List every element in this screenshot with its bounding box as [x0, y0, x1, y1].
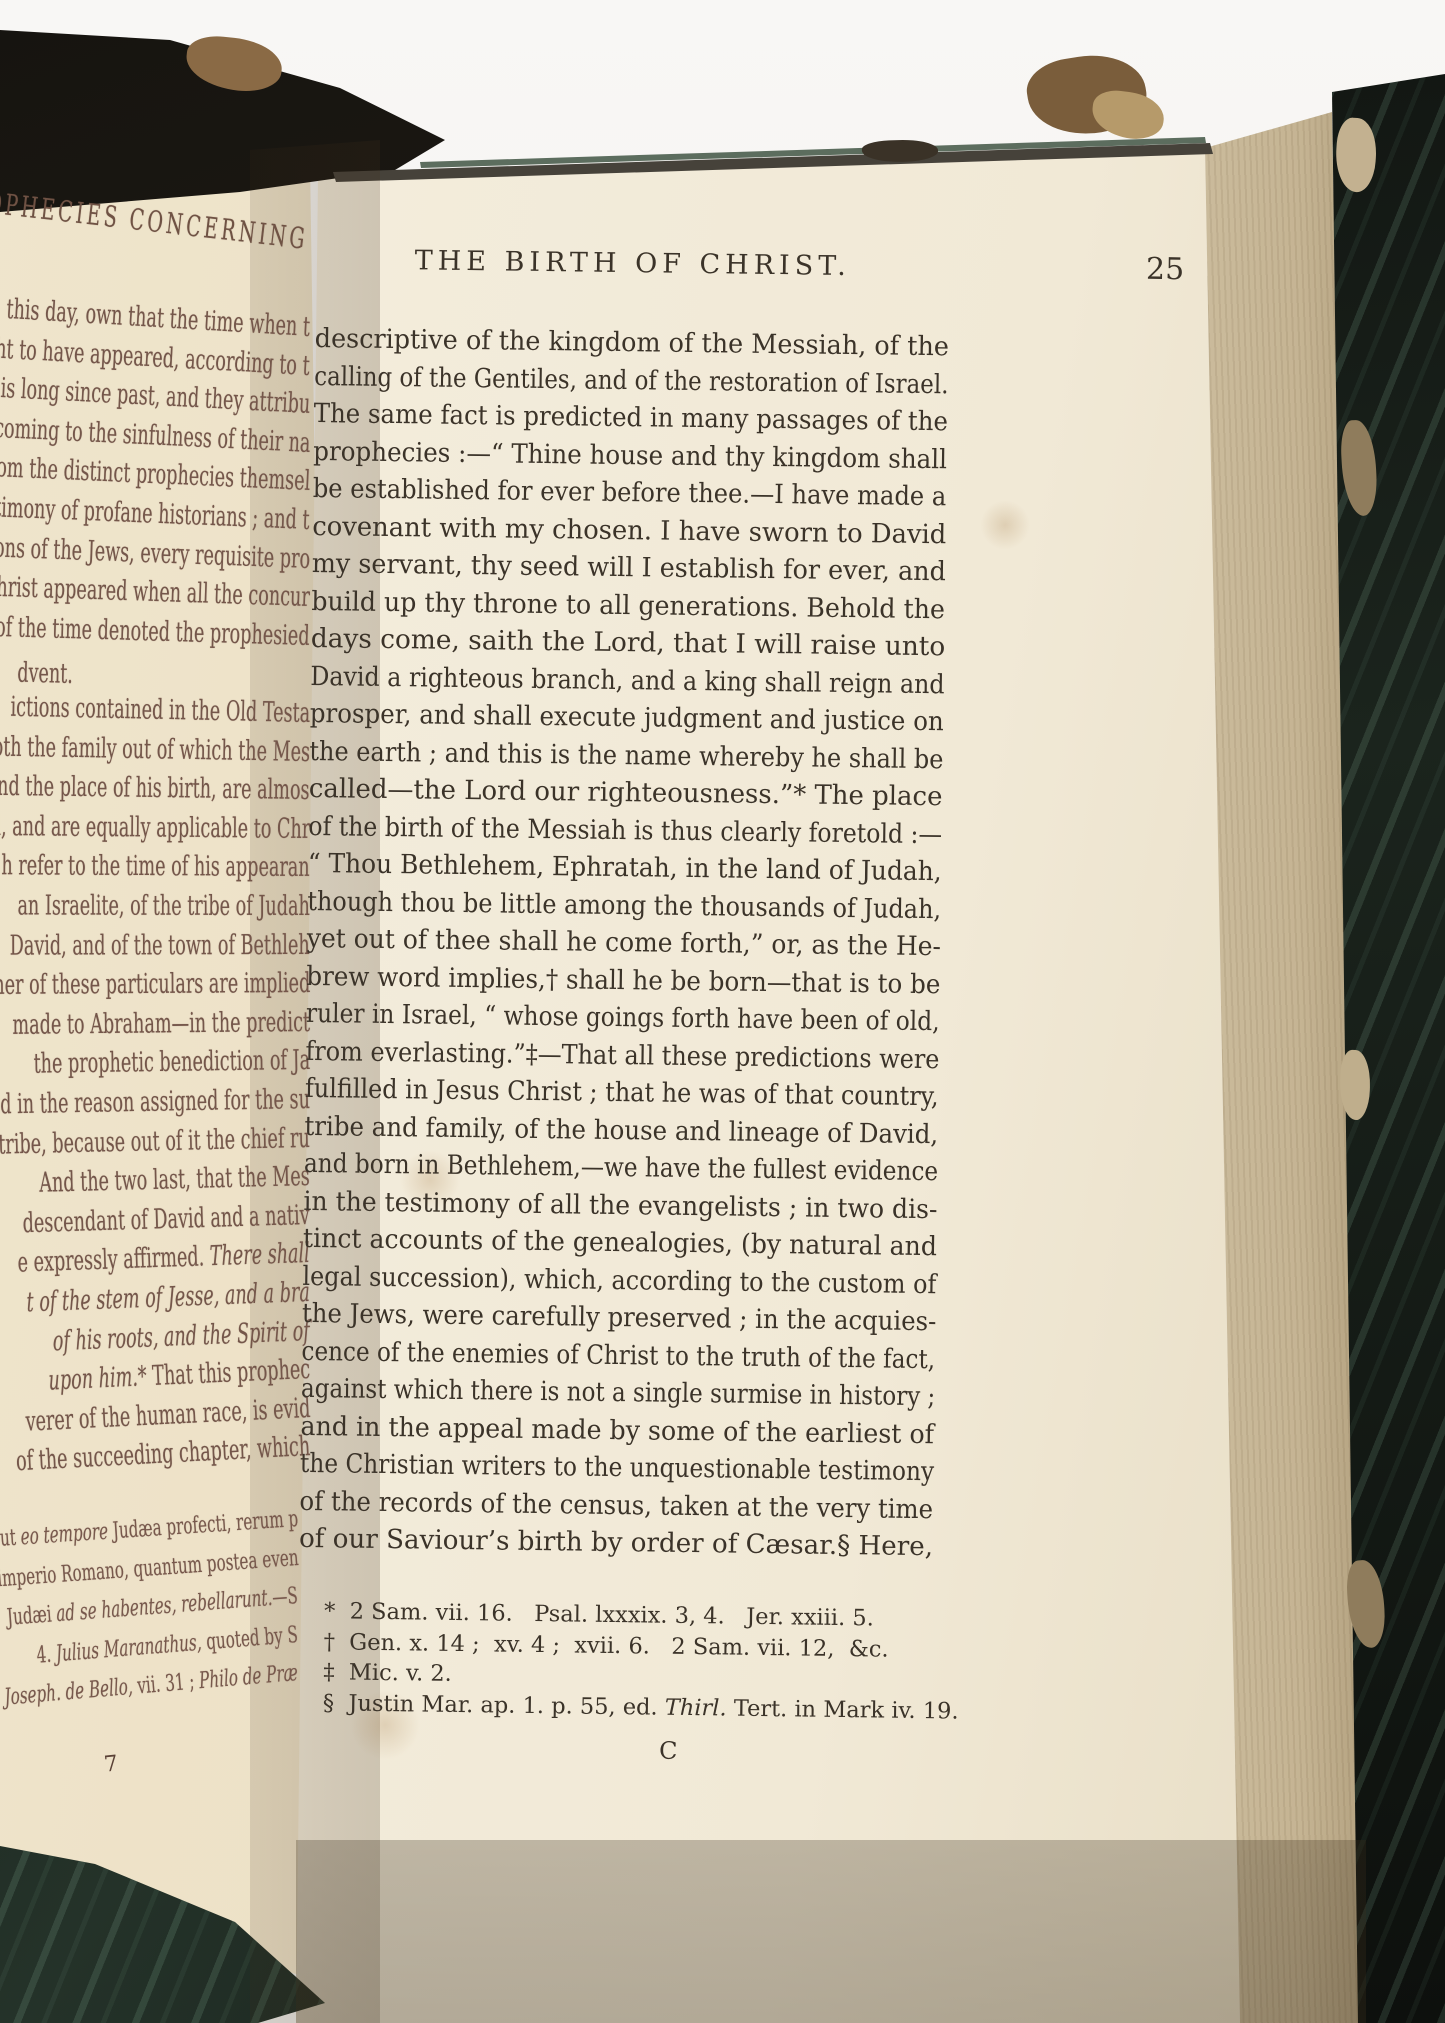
text-line: al, and are equally applicable to Chr: [0, 809, 310, 846]
text-line: And the two last, that the Mes: [39, 1159, 310, 1200]
right-page-body: descriptive of the kingdom of the Messia…: [299, 320, 949, 1566]
text-line: e expressly affirmed. There shall: [17, 1236, 310, 1280]
right-page-footnotes: * 2 Sam. vii. 16. Psal. lxxxix. 3, 4. Je…: [323, 1596, 960, 1726]
text-line: h refer to the time of his appearan: [2, 849, 310, 885]
text-line: upon him.* That this prophec: [48, 1352, 311, 1398]
right-page-signature-mark: C: [296, 1732, 930, 1768]
right-page-text-column: THE BIRTH OF CHRIST. descriptive of the …: [295, 244, 950, 1872]
text-line: t of the stem of Jesse, and a bra: [26, 1275, 310, 1319]
text-line: an Israelite, of the tribe of Judah: [18, 888, 310, 923]
text-line: of our Saviour’s birth by order of Cæsar…: [299, 1520, 925, 1566]
text-line: t Christ appeared when all the concur: [0, 569, 311, 614]
text-line: dvent.: [17, 656, 73, 691]
left-page-text-column: this day, own that the time when tght to…: [0, 310, 310, 1500]
text-line: David, and of the town of Bethleh: [10, 928, 310, 963]
text-line: descendant of David and a nativ: [23, 1198, 311, 1240]
text-line: oth the family out of which the Mes: [0, 729, 310, 768]
text-line: ner of these particulars are implied: [0, 966, 310, 1002]
text-line: of his roots, and the Spirit of: [52, 1314, 310, 1358]
text-line: ictions contained in the Old Testa: [10, 690, 310, 730]
left-page-signature-mark: 7: [103, 1751, 120, 1777]
book-photo: PROPHECIES CONCERNING this day, own that…: [0, 0, 1445, 2023]
left-page-footnotes: s, ut eo tempore Judæa profecti, rerum p…: [0, 1505, 298, 1725]
page-number: 25: [1146, 252, 1185, 287]
text-line: ons of the Jews, every requisite pro: [0, 530, 311, 575]
text-line: made to Abraham—in the predict: [12, 1005, 310, 1042]
text-line: es of the time denoted the prophesied: [0, 609, 310, 653]
text-line: and the place of his birth, are almos: [0, 769, 310, 807]
text-line: tribe, because out of it the chief ru: [0, 1121, 310, 1162]
text-line: d in the reason assigned for the su: [0, 1082, 310, 1121]
text-line: estimony of profane historians ; and t: [0, 490, 311, 537]
foxing-spot: [980, 500, 1030, 550]
text-line: the prophetic benediction of Ja: [33, 1043, 310, 1081]
